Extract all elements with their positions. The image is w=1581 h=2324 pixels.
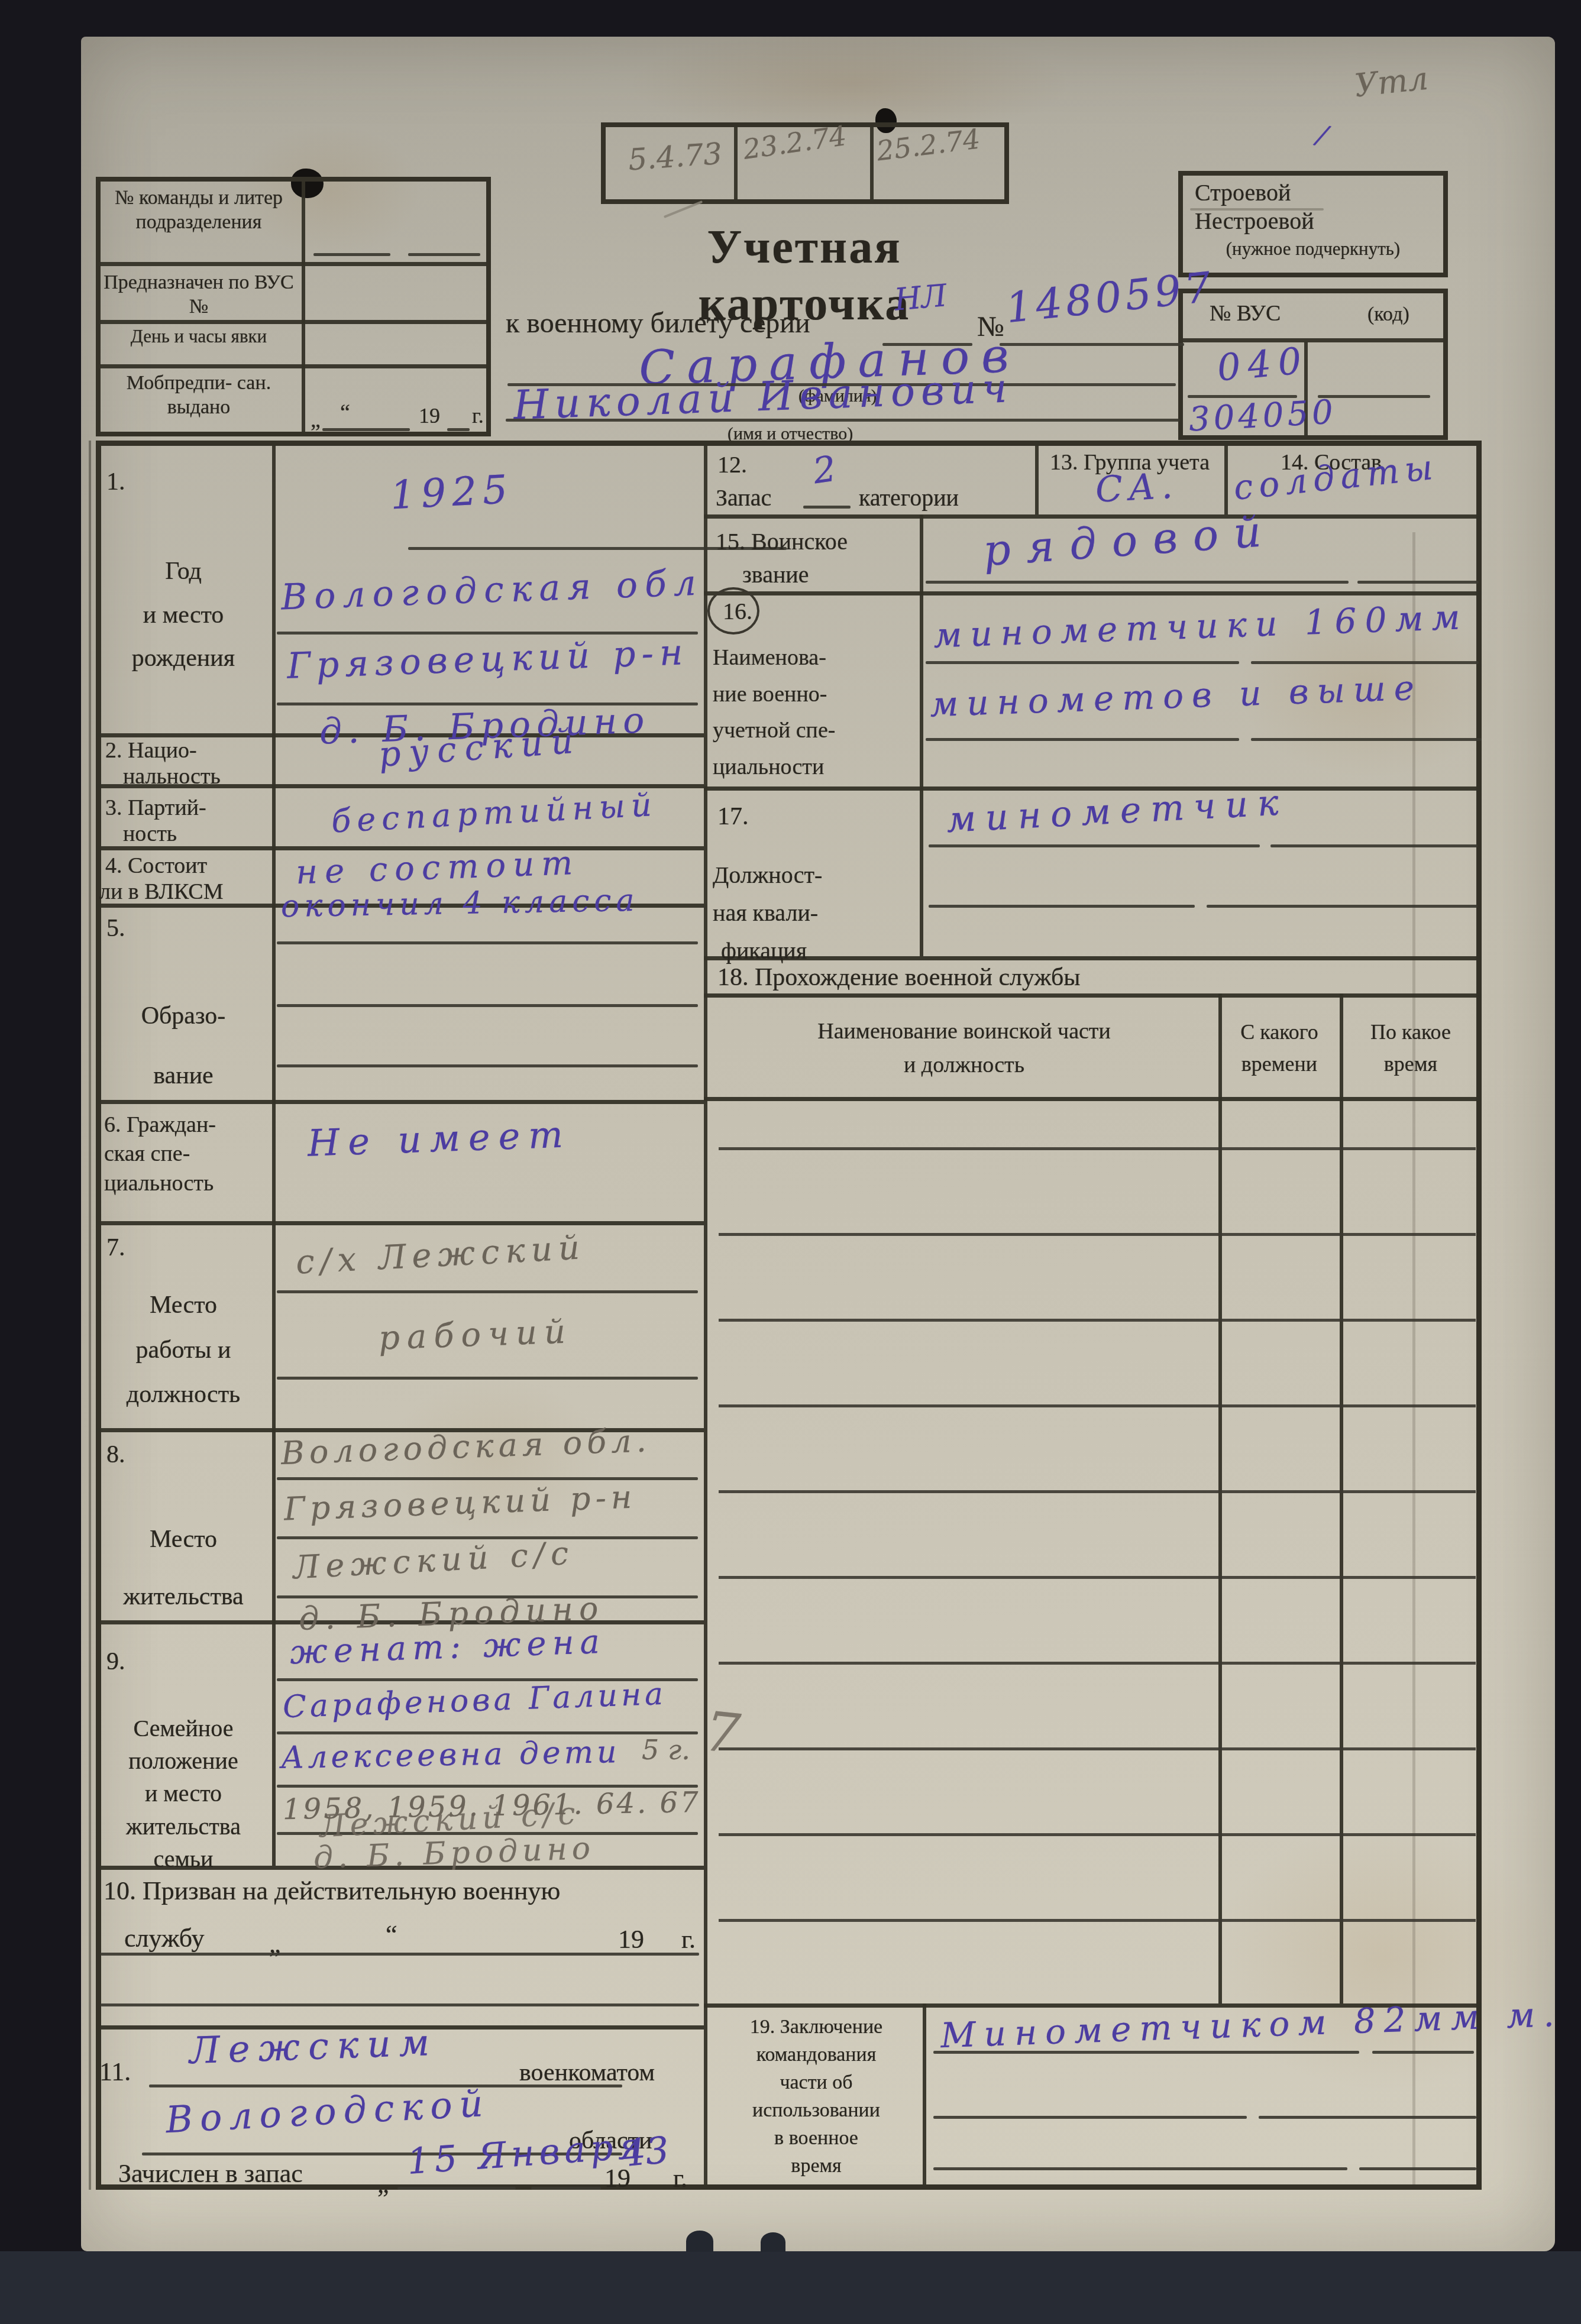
section-17-label: Должност- ная квали- фикация (713, 856, 822, 970)
section-3-label: 3. Партий- ность (105, 795, 206, 847)
section-7-label: Место работы и должность (101, 1283, 266, 1417)
blank-line (1000, 343, 1184, 346)
vus-number-value-2: 304050 (1188, 396, 1337, 437)
family-residence-line-2: д. Б. Бродино (313, 1833, 596, 1874)
year-suffix: г. (681, 1924, 696, 1956)
quote-close: “ (340, 400, 350, 427)
section-1-number: 1. (106, 467, 125, 497)
section-8-label: Место жительства (101, 1511, 266, 1625)
vus-number-value: 040 (1216, 342, 1310, 386)
label-line: 3. Партий- (105, 795, 206, 821)
header-line: и должность (716, 1048, 1213, 1082)
blank-line (506, 419, 1180, 422)
label-line: рождения (101, 637, 266, 681)
section-12-number: 12. (717, 451, 747, 479)
top-left-box-row-border (101, 364, 486, 368)
section-1-label: Год и место рождения (101, 550, 266, 681)
label-line: части об (710, 2069, 923, 2097)
blank-line (1251, 738, 1482, 741)
top-left-box-row-border (101, 262, 486, 266)
reserve-enlist-label: Зачислен в запас (118, 2158, 303, 2190)
section-8-number: 8. (106, 1440, 125, 1470)
booklet-series-label: к военному билету серии (506, 306, 810, 341)
blank-line (277, 1290, 698, 1293)
label-line: ская спе- (104, 1140, 216, 1169)
work-position-value: рабочий (378, 1315, 573, 1355)
field-label-team-number: № команды и литер подразделения (101, 186, 297, 235)
blank-line (929, 905, 1195, 908)
label-line: 6. Граждан- (104, 1111, 216, 1140)
blank-line (322, 428, 410, 431)
military-office-word: военкоматом (519, 2058, 655, 2087)
section-10-text-line-1: 10. Призван на действительную военную (104, 1876, 560, 1907)
blank-line (933, 2167, 1347, 2170)
section-16-label: Наименова- ние военно- учетной спе- циал… (713, 640, 835, 785)
section-4-label: 4. Состоит ли в ВЛКСМ (105, 853, 223, 905)
year-prefix: 19 (419, 403, 440, 429)
stamp-box-divider (734, 126, 738, 200)
page-edge-line (89, 441, 91, 2190)
section-15-label: 15. Воинское звание (716, 525, 848, 591)
label-line: Образо- (101, 986, 266, 1046)
blank-line (929, 844, 1260, 847)
cell-divider (1035, 441, 1039, 514)
vus-code-label: (код) (1367, 303, 1409, 327)
blank-line (277, 941, 698, 944)
military-office-value: Лежским (189, 2024, 438, 2070)
blank-line (1270, 844, 1477, 847)
label-line: ли в ВЛКСМ (99, 879, 223, 905)
blank-line (926, 661, 1239, 664)
label-line: командования (710, 2041, 923, 2069)
label-line: жительства (98, 1810, 269, 1843)
account-group-value: СА. (1095, 468, 1179, 507)
blank-line (926, 738, 1239, 741)
civil-specialty-value: Не имеет (307, 1116, 572, 1162)
label-line: в военное (710, 2125, 923, 2153)
left-label-divider (272, 441, 276, 1866)
header-line: Наименование воинской части (716, 1015, 1213, 1048)
underline-instruction: (нужное подчеркнуть) (1182, 238, 1444, 260)
reserve-category-value: 2 (811, 451, 838, 490)
top-left-box-row-border (101, 320, 486, 324)
section-2-label: 2. Нацио- нальность (105, 738, 221, 789)
header-line: время (1344, 1048, 1477, 1080)
section-16-number: 16. (723, 597, 752, 626)
right-label-divider (923, 2003, 926, 2188)
blank-line (447, 428, 470, 431)
label-line: 2. Нацио- (105, 738, 221, 764)
label-line: 19. Заключение (710, 2014, 923, 2041)
label-line: учетной спе- (713, 713, 835, 749)
blank-line (926, 581, 1349, 584)
field-label-mob-order: Мобпредпи- сан. выдано (101, 371, 297, 420)
cell-divider (1224, 441, 1228, 514)
education-value: окончил 4 класса (281, 885, 639, 923)
label-line: вание (101, 1046, 266, 1106)
quote-open: „ (311, 407, 321, 434)
blank-line (277, 1064, 698, 1067)
label-line: семьи (98, 1843, 269, 1875)
label-line: Наименова- (713, 640, 835, 677)
section-5-number: 5. (106, 914, 125, 943)
paper-edge-notch (686, 2231, 713, 2252)
label-line: 4. Состоит (105, 853, 223, 879)
label-line: Место (101, 1283, 266, 1328)
label-line: работы и (101, 1328, 266, 1373)
paper-edge-notch (761, 2232, 785, 2252)
label-line: Должност- (713, 856, 822, 894)
corner-pencil-note: Утл (1353, 63, 1430, 102)
label-line: циальности (713, 749, 835, 786)
blank-line (1359, 2167, 1476, 2170)
series-value: НЛ (893, 280, 948, 316)
blank-line (277, 1377, 698, 1380)
table-center-divider (704, 441, 707, 2188)
reserve-enlist-year: 43 (620, 2132, 670, 2173)
stamp-box-divider (870, 126, 874, 200)
service-table-col1-header: Наименование воинской части и должность (716, 1015, 1213, 1082)
blank-line (277, 1731, 698, 1734)
label-line: время (710, 2153, 923, 2180)
section-17-number: 17. (717, 802, 749, 831)
label-line: ность (105, 821, 206, 847)
label-line: нальность (105, 764, 221, 790)
row-border (704, 786, 1482, 791)
label-line: Место (101, 1511, 266, 1568)
row-border (704, 591, 1482, 595)
blank-line (933, 2051, 1359, 2054)
blank-line (1357, 581, 1479, 584)
section-10-word: службу (124, 1923, 204, 1954)
row-border (704, 993, 1482, 998)
vus-number-label: № ВУС (1210, 300, 1281, 328)
label-line: ная квали- (713, 894, 822, 932)
blank-line (933, 2116, 1247, 2119)
blank-line (803, 506, 851, 509)
label-line: звание (716, 558, 848, 591)
blank-line (313, 253, 390, 256)
header-line: По какое (1344, 1016, 1477, 1048)
label-line: Семейное (98, 1712, 269, 1744)
birth-year-value: 1925 (389, 470, 514, 516)
year-suffix: г. (673, 2163, 687, 2194)
label-line: положение (98, 1744, 269, 1777)
section-6-label: 6. Граждан- ская спе- циальность (104, 1111, 216, 1198)
blank-line (1259, 2116, 1476, 2119)
quote-open: „ (377, 2169, 389, 2200)
label-line: и место (101, 594, 266, 637)
section-5-label: Образо- вание (101, 986, 266, 1106)
service-table-ruled-lines (719, 1100, 1476, 1925)
label-line: ние военно- (713, 677, 835, 713)
header-line: времени (1222, 1048, 1337, 1080)
label-line: использовании (710, 2097, 923, 2125)
vlksm-status-value: не состоит (295, 847, 580, 890)
field-label-report-time: День и часы явки (101, 325, 297, 347)
top-left-box-divider (302, 181, 305, 432)
family-status-line-3: Алексеевна дети (281, 1737, 620, 1773)
category-word: категории (859, 484, 959, 512)
section-7-number: 7. (106, 1233, 125, 1263)
service-table-col3-header: По какое время (1344, 1016, 1477, 1080)
section-11-number: 11. (99, 2057, 131, 2088)
right-label-divider (920, 514, 923, 956)
label-line: циальность (104, 1169, 216, 1198)
blank-line (101, 1953, 699, 1956)
photo-background-bottom (0, 2251, 1581, 2324)
blank-line (408, 253, 480, 256)
year-prefix: 19 (618, 1924, 644, 1956)
section-18-title: 18. Прохождение военной службы (717, 963, 1081, 992)
blank-line (101, 2003, 699, 2006)
blank-line (397, 2187, 516, 2190)
row-border (96, 1221, 704, 1225)
field-label-vus-purpose: Предназначен по ВУС № (101, 271, 297, 319)
service-table-col2-header: С какого времени (1222, 1016, 1337, 1080)
header-line: С какого (1222, 1016, 1337, 1048)
quote-close: “ (386, 1920, 397, 1951)
blank-line (531, 2187, 601, 2190)
year-suffix: г. (472, 403, 484, 429)
section-9-label: Семейное положение и место жительства се… (98, 1712, 269, 1875)
blank-line (1251, 661, 1479, 664)
label-line: и место (98, 1777, 269, 1810)
section-19-label: 19. Заключение командования части об исп… (710, 2014, 923, 2180)
option-stroevoi: Строевой (1195, 179, 1291, 207)
section-9-number: 9. (106, 1647, 125, 1676)
label-line: жительства (101, 1568, 266, 1626)
reserve-word: Запас (716, 484, 771, 512)
stamp-date-1: 5.4.73 (627, 139, 723, 175)
blank-line (1372, 2051, 1474, 2054)
family-age-note: 5 г. (642, 1736, 690, 1763)
label-line: Год (101, 550, 266, 594)
label-line: 15. Воинское (716, 525, 848, 558)
label-line: должность (101, 1373, 266, 1417)
option-nestroevoi: Нестроевой (1195, 207, 1314, 235)
blank-line (1207, 905, 1477, 908)
vus-box-header-border (1182, 338, 1443, 342)
blank-line (277, 1004, 698, 1007)
